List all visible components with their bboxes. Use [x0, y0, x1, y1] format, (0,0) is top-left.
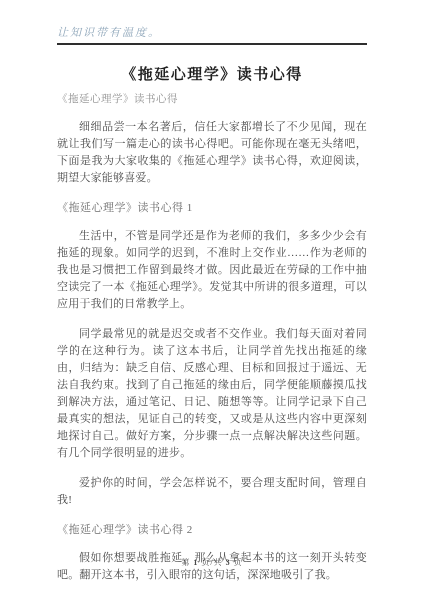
section-2-heading: 《拖延心理学》读书心得 2	[57, 523, 367, 537]
section-1-heading: 《拖延心理学》读书心得 1	[57, 201, 367, 215]
footer-middle: 页/共	[198, 558, 225, 567]
doc-subtitle: 《拖延心理学》读书心得	[57, 93, 367, 106]
header-divider-line	[57, 43, 367, 45]
footer-page-indicator: 第 1 页/共 3 页	[0, 558, 424, 568]
intro-paragraph: 细细品尝一本名著后，信任大家都增长了不少见闻，现在就让我们写一篇走心的读书心得吧…	[57, 119, 367, 187]
document-page: 让知识带有温度。 《拖延心理学》读书心得 《拖延心理学》读书心得 细细品尝一本名…	[0, 0, 424, 600]
header-watermark: 让知识带有温度。	[57, 26, 367, 40]
footer-prefix: 第	[181, 558, 193, 567]
doc-title: 《拖延心理学》读书心得	[57, 65, 367, 84]
section-1-paragraph-1: 生活中，不管是同学还是作为老师的我们，多多少少会有拖延的现象。如同学的迟到，不准…	[57, 228, 367, 313]
section-1-paragraph-2: 同学最常见的就是迟交或者不交作业。我们每天面对着同学的在这种行为。读了这本书后，…	[57, 326, 367, 462]
section-1-paragraph-3: 爱护你的时间，学会怎样说不，要合理支配时间，管理自我!	[57, 475, 367, 509]
footer-suffix: 页	[231, 558, 243, 567]
